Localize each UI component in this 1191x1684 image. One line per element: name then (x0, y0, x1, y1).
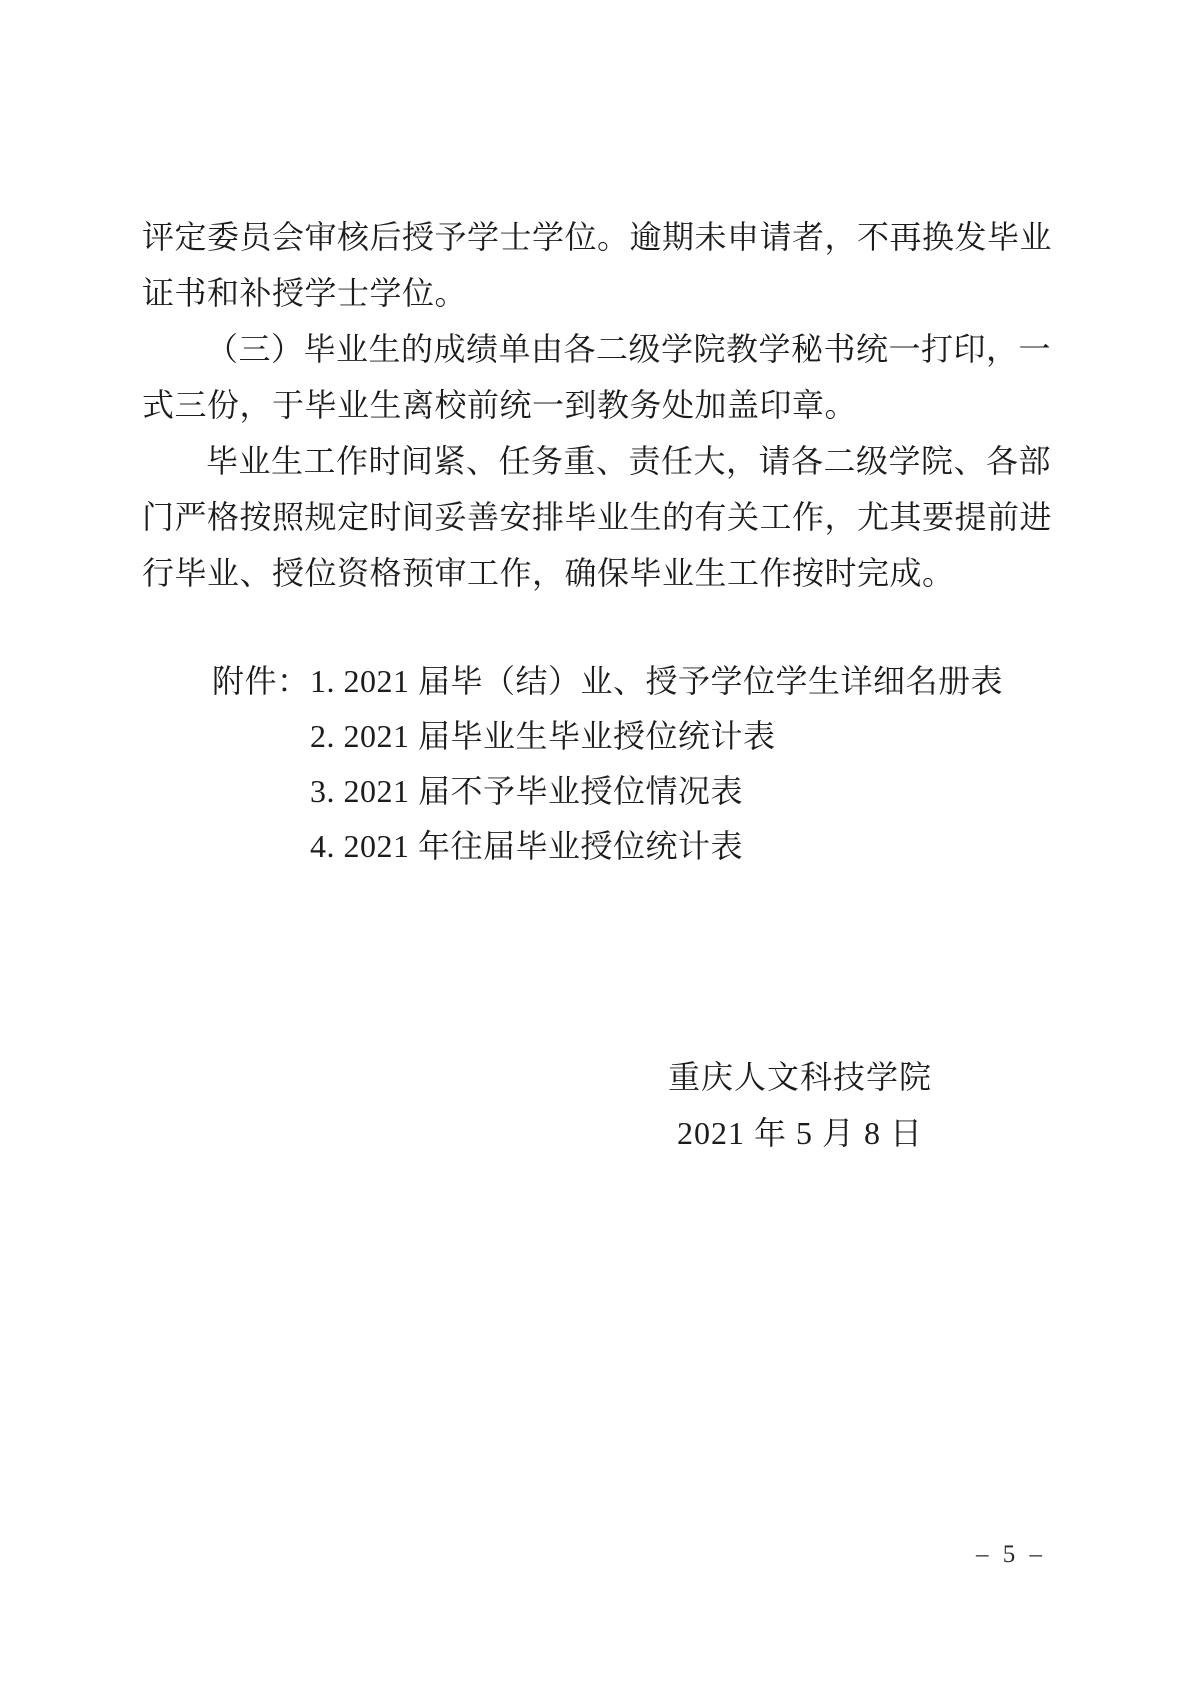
attachment-label: 附件： (212, 654, 310, 709)
attachment-item: 1. 2021 届毕（结）业、授予学位学生详细名册表 (310, 654, 1003, 709)
signature-organization: 重庆人文科技学院 (600, 1049, 1000, 1105)
attachment-item: 4. 2021 年往届毕业授位统计表 (310, 819, 743, 874)
attachment-item: 2. 2021 届毕业生毕业授位统计表 (310, 709, 776, 764)
attachment-list: 附件： 1. 2021 届毕（结）业、授予学位学生详细名册表 2. 2021 届… (212, 654, 1003, 874)
attachment-row: 2. 2021 届毕业生毕业授位统计表 (212, 709, 1003, 764)
attachment-row: 附件： 1. 2021 届毕（结）业、授予学位学生详细名册表 (212, 654, 1003, 709)
attachment-row: 3. 2021 届不予毕业授位情况表 (212, 764, 1003, 819)
body-line: 毕业生工作时间紧、任务重、责任大，请各二级学院、各部 (142, 433, 1050, 489)
body-line: 门严格按照规定时间妥善安排毕业生的有关工作，尤其要提前进 (142, 489, 1050, 545)
page-number: – 5 – (961, 1541, 1061, 1569)
document-body: 评定委员会审核后授予学士学位。逾期未申请者，不再换发毕业 证书和补授学士学位。 … (142, 209, 1050, 601)
body-line: 式三份，于毕业生离校前统一到教务处加盖印章。 (142, 377, 1050, 433)
attachment-row: 4. 2021 年往届毕业授位统计表 (212, 819, 1003, 874)
signature-date: 2021 年 5 月 8 日 (600, 1105, 1000, 1161)
body-line: （三）毕业生的成绩单由各二级学院教学秘书统一打印，一 (142, 321, 1050, 377)
body-line: 行毕业、授位资格预审工作，确保毕业生工作按时完成。 (142, 545, 1050, 601)
document-page: 评定委员会审核后授予学士学位。逾期未申请者，不再换发毕业 证书和补授学士学位。 … (0, 0, 1191, 1684)
body-line: 评定委员会审核后授予学士学位。逾期未申请者，不再换发毕业 (142, 209, 1050, 265)
signature-block: 重庆人文科技学院 2021 年 5 月 8 日 (600, 1049, 1000, 1161)
attachment-item: 3. 2021 届不予毕业授位情况表 (310, 764, 743, 819)
body-line: 证书和补授学士学位。 (142, 265, 1050, 321)
